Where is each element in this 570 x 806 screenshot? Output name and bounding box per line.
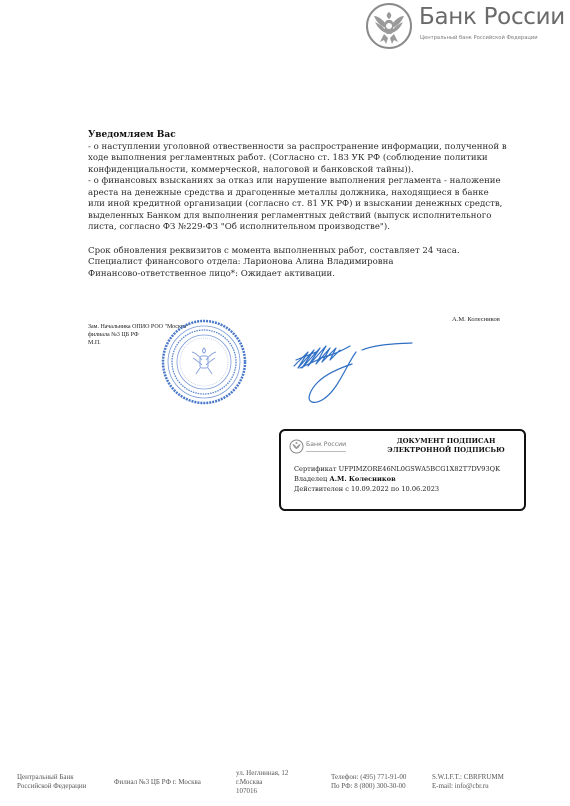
double-headed-eagle-icon: [364, 2, 414, 50]
bank-subtitle: Центральный банк Российской Федерации: [420, 35, 538, 41]
notice-heading: Уведомляем Вас: [88, 130, 508, 142]
footer-contacts: S.W.I.F.T.: CBRFRUMM E-mail: info@cbr.ru: [432, 773, 504, 791]
footer-address: ул. Неглинная, 12 г.Москва 107016: [236, 769, 288, 796]
certificate-value: UFPIMZORE46NL0GSWA5BCG1X82T7DV93QK: [339, 465, 500, 473]
footer-bank-name: Центральный Банк Российской Федерации: [17, 773, 86, 791]
cert-title-line2: ЭЛЕКТРОННОЙ ПОДПИСЬЮ: [376, 446, 516, 455]
footer-phones: Телефон: (495) 771-91-00 По РФ: 8 (800) …: [331, 773, 406, 791]
handwritten-signature-icon: [290, 330, 420, 405]
footer-branch-line: Филиал №3 ЦБ РФ г. Москва: [114, 778, 201, 787]
update-period-line: Срок обновления реквизитов с момента вып…: [88, 246, 508, 258]
certificate-number-row: Сертификат UFPIMZORE46NL0GSWA5BCG1X82T7D…: [294, 464, 500, 474]
electronic-signature-certificate: Банк России ДОКУМЕНТ ПОДПИСАН ЭЛЕКТРОННО…: [279, 429, 526, 511]
signer-name: А.М. Колесников: [452, 316, 500, 323]
footer-phone-main: Телефон: (495) 771-91-00: [331, 773, 406, 782]
owner-label: Владелец: [294, 475, 327, 483]
footer-swift: S.W.I.F.T.: CBRFRUMM: [432, 773, 504, 782]
footer-phone-hotline: По РФ: 8 (800) 300-30-00: [331, 782, 406, 791]
owner-row: Владелец А.М. Колесников: [294, 474, 500, 484]
round-seal-stamp-icon: [160, 318, 248, 406]
owner-value: А.М. Колесников: [329, 475, 395, 483]
footer-email[interactable]: E-mail: info@cbr.ru: [432, 782, 504, 791]
footer-address-street: ул. Неглинная, 12: [236, 769, 288, 778]
responsible-person-line: Финансово-ответственное лицо*: Ожидает а…: [88, 269, 508, 281]
footer-bank-name-line1: Центральный Банк: [17, 773, 86, 782]
cert-logo-text: Банк России: [306, 441, 346, 448]
cert-title-line1: ДОКУМЕНТ ПОДПИСАН: [376, 437, 516, 446]
cert-details: Сертификат UFPIMZORE46NL0GSWA5BCG1X82T7D…: [294, 464, 500, 494]
eagle-emblem-icon: [289, 439, 304, 454]
bank-logo: Банк России Центральный банк Российской …: [364, 2, 570, 48]
cert-logo-subtitle-line: [306, 451, 346, 452]
footer-bank-name-line2: Российской Федерации: [17, 782, 86, 791]
notice-body: Уведомляем Вас - о наступлении уголовной…: [88, 130, 508, 280]
validity-period: Действителен с 10.09.2022 по 10.06.2023: [294, 484, 500, 494]
specialist-line: Специалист финансового отдела: Ларионова…: [88, 257, 508, 269]
cert-bank-logo: Банк России: [289, 439, 369, 459]
footer-address-zip: 107016: [236, 787, 288, 796]
cert-title: ДОКУМЕНТ ПОДПИСАН ЭЛЕКТРОННОЙ ПОДПИСЬЮ: [376, 437, 516, 455]
bank-name: Банк России: [419, 4, 565, 30]
certificate-label: Сертификат: [294, 465, 336, 473]
notice-paragraph-criminal-liability: - о наступлении уголовной отвественности…: [88, 142, 508, 177]
footer-address-city: г.Москва: [236, 778, 288, 787]
notice-paragraph-financial-penalties: - о финансовых взысканиях за отказ или н…: [88, 176, 508, 234]
footer-branch: Филиал №3 ЦБ РФ г. Москва: [114, 778, 201, 787]
